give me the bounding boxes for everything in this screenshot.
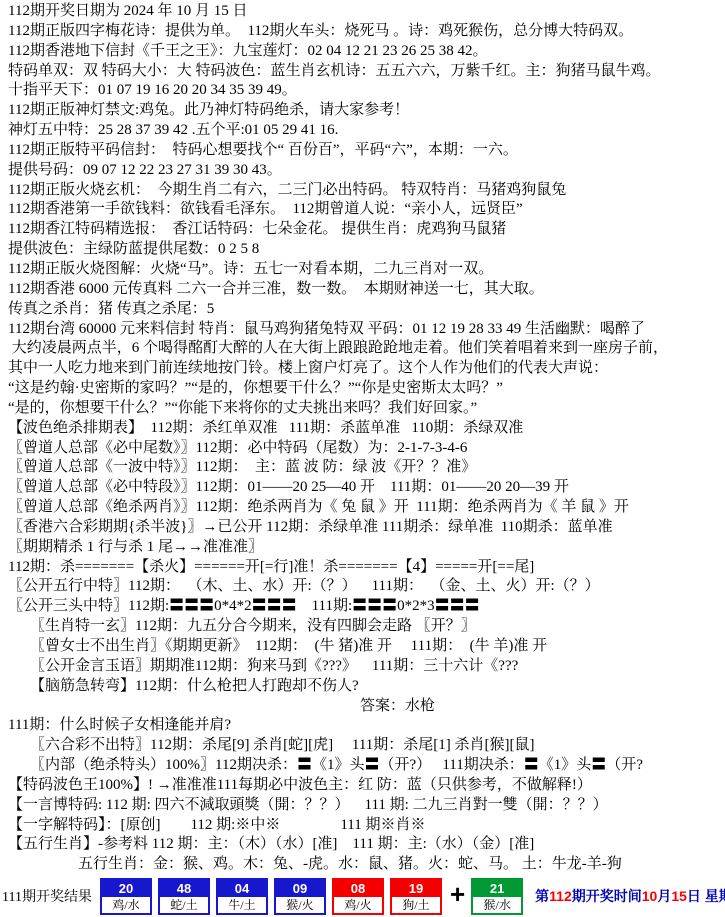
result-ball: 48蛇/土 <box>158 878 210 915</box>
next-draw-segment: 112 <box>549 888 572 904</box>
text-line: 112期开奖日期为 2024 年 10 月 15 日 <box>0 2 725 22</box>
text-line: 112期正版火烧图解：火烧“马”。诗：五七一对看本期，二九三肖对一双。 <box>0 260 725 280</box>
text-line: 〖内部（绝杀特头）100%〗112期决杀：〓《1》头〓（开?） 111期决杀：〓… <box>0 756 725 776</box>
text-line: 〖曾道人总部《必中特段》〗112期：01——20 25—40 开 111期：01… <box>0 478 725 498</box>
results-row: 111期开奖结果 20鸡/水48蛇/土04牛/土09猴/火08鸡/火19狗/土 … <box>0 876 725 916</box>
text-line: 神灯五中特：25 28 37 39 42 .五个平:01 05 29 41 16… <box>0 121 725 141</box>
next-draw-segment: 10 <box>642 888 658 904</box>
text-line: 【脑筋急转弯】112期：什么枪把人打跑却不伤人? <box>0 677 725 697</box>
ball-number: 19 <box>392 880 440 897</box>
plus-sign: + <box>450 879 465 910</box>
next-draw-segment: 期开奖时间 <box>572 888 642 904</box>
ball-number: 09 <box>276 880 324 897</box>
ball-zodiac-element: 蛇/土 <box>160 897 208 913</box>
text-line: 112期：杀=======【杀火】======开[=行]准！杀=======【4… <box>0 558 725 578</box>
text-line: 提供号码：09 07 12 22 23 27 31 39 30 43。 <box>0 161 725 181</box>
next-draw-info: 第112期开奖时间10月15日 星期二21:30 <box>535 886 725 906</box>
text-line: 112期正版四字梅花诗：提供为单。 112期火车头：烧死马 。诗：鸡死猴伤，总分… <box>0 22 725 42</box>
text-line: 112期台湾 60000 元来料信封 特肖：鼠马鸡狗猪兔特双 平码：01 12 … <box>0 320 725 340</box>
result-ball: 04牛/土 <box>216 878 268 915</box>
next-draw-segment: 15 <box>671 888 687 904</box>
text-line: 【特码波色王100%】! →准准准111每期必中波色主：红 防：蓝（只供参考，不… <box>0 776 725 796</box>
ball-number: 21 <box>473 880 521 897</box>
result-balls: 20鸡/水48蛇/土04牛/土09猴/火08鸡/火19狗/土 <box>100 878 448 915</box>
result-ball: 20鸡/水 <box>100 878 152 915</box>
text-line: 五行生肖：金：猴、鸡。木：兔、-虎。水：鼠、猪。火：蛇、马。 土：牛龙-羊-狗 <box>0 855 725 875</box>
text-line: “是的，你想要干什么？”“你能下来将你的丈夫挑出来吗？我们好回家。” <box>0 399 725 419</box>
text-line: 〖公开三头中特〗112期:〓〓〓0*4*2〓〓〓 111期:〓〓〓0*2*3〓〓… <box>0 597 725 617</box>
text-line: 111期：什么时候子女相逢能并肩? <box>0 716 725 736</box>
result-ball: 21猴/水 <box>471 878 523 915</box>
ball-number: 08 <box>334 880 382 897</box>
text-line: 〖六合彩不出特〗112期：杀尾[9] 杀肖[蛇][虎] 111期：杀尾[1] 杀… <box>0 736 725 756</box>
next-draw-segment: 日 星期二 <box>687 888 725 904</box>
result-ball: 08鸡/火 <box>332 878 384 915</box>
text-line: 〖曾道人总部《必中尾数》〗112期：必中特码（尾数）为：2-1-7-3-4-6 <box>0 439 725 459</box>
text-line: 112期香港第一手欲钱料：欲钱看毛泽东。 112期曾道人说：“亲小人，远贤臣” <box>0 200 725 220</box>
next-draw-segment: 月 <box>657 888 671 904</box>
text-line: 〖曾女士不出生肖〗《期期更新》 112期： (牛 猪)准 开 111期： (牛 … <box>0 637 725 657</box>
ball-zodiac-element: 牛/土 <box>218 897 266 913</box>
text-line: 〖生肖特一玄〗112期：九五分合今期来，没有四脚会走路 〖开？〗 <box>0 617 725 637</box>
ball-number: 48 <box>160 880 208 897</box>
ball-zodiac-element: 狗/土 <box>392 897 440 913</box>
text-line: 112期香港地下信封《千王之王》：九宝莲灯：02 04 12 21 23 26 … <box>0 42 725 62</box>
text-line: 【一字解特码】：[原创] 112 期:※中※ 111 期※肖※ <box>0 816 725 836</box>
text-line: 112期香江特码精选报： 香江话特码：七朵金花。 提供生肖：虎鸡狗马鼠猪 <box>0 220 725 240</box>
text-line: “这是约翰·史密斯的家吗？”“是的，你想要干什么？”“你是史密斯太太吗？” <box>0 379 725 399</box>
text-lines: 112期开奖日期为 2024 年 10 月 15 日112期正版四字梅花诗：提供… <box>0 0 725 875</box>
text-line: 〖香港六合彩期期{杀半波}〗→已公开 112期：杀绿单准 111期杀：绿单准 1… <box>0 518 725 538</box>
text-line: 【波色绝杀排期表】 112期：杀红单双准 111期：杀蓝单准 110期：杀绿双准 <box>0 419 725 439</box>
text-line: 【五行生肖】-参考料 112 期：主：（木）（水）[准] 111 期：主:（水）… <box>0 835 725 855</box>
text-line: 112期正版神灯禁文:鸡兔。此乃神灯特码绝杀，请大家参考！ <box>0 101 725 121</box>
ball-zodiac-element: 鸡/水 <box>102 897 150 913</box>
text-line: 传真之杀肖：猪 传真之杀尾：5 <box>0 300 725 320</box>
next-draw-segment: 第 <box>535 888 549 904</box>
ball-zodiac-element: 鸡/火 <box>334 897 382 913</box>
text-line: 十指平天下：01 07 19 16 20 20 34 35 39 49。 <box>0 81 725 101</box>
text-line: 〖曾道人总部《绝杀两肖》〗112期：绝杀两肖为《 兔 鼠 》开 111期：绝杀两… <box>0 498 725 518</box>
text-line: 答案：水枪 <box>0 697 725 717</box>
result-ball: 19狗/土 <box>390 878 442 915</box>
lottery-tips-page: 112期开奖日期为 2024 年 10 月 15 日112期正版四字梅花诗：提供… <box>0 0 725 875</box>
text-line: 特码单双：双 特码大小：大 特码波色：蓝生肖玄机诗：五五六六，万紫千红。主：狗猪… <box>0 62 725 82</box>
ball-number: 04 <box>218 880 266 897</box>
text-line: 112期香港 6000 元传真料 二六一合并三准，数一数。 本期财神送一七，其大… <box>0 280 725 300</box>
text-line: 【一言博特码: 112 期: 四六不減取頭獎（開：？？） 111 期: 二九三肖… <box>0 796 725 816</box>
text-line: 〖曾道人总部《一波中特》〗112期： 主：蓝 波 防：绿 波《开？？准》 <box>0 458 725 478</box>
special-ball-slot: 21猴/水 <box>471 878 529 915</box>
result-ball: 09猴/火 <box>274 878 326 915</box>
text-line: 提供波色：主绿防蓝提供尾数：0 2 5 8 <box>0 240 725 260</box>
ball-zodiac-element: 猴/水 <box>473 897 521 913</box>
ball-number: 20 <box>102 880 150 897</box>
text-line: 112期正版火烧玄机： 今期生肖二有六，二三门必出特码。 特双特肖：马猪鸡狗鼠兔 <box>0 181 725 201</box>
text-line: 其中一人吃力地来到门前连续地按门铃。楼上窗户灯亮了。这个人作为他们的代表大声说： <box>0 359 725 379</box>
text-line: 〖公开金言玉语〗期期准112期：狗来马到《???》 111期：三十六计《??? <box>0 657 725 677</box>
text-line: 〖公开五行中特〗112期： （木、土、水）开:（？） 111期： （金、土、火）… <box>0 577 725 597</box>
text-line: 大约凌晨两点半，6 个喝得酩酊大醉的人在大街上踉踉跄跄地走着。他们笑着唱着来到一… <box>0 339 725 359</box>
results-label: 111期开奖结果 <box>2 886 92 906</box>
text-line: 112期正版特平码信封： 特码心想要找个“ 百份百”，平码“六”，本期：一六。 <box>0 141 725 161</box>
text-line: 〖期期精杀 1 行与杀 1 尾→→准准准〗 <box>0 538 725 558</box>
ball-zodiac-element: 猴/火 <box>276 897 324 913</box>
